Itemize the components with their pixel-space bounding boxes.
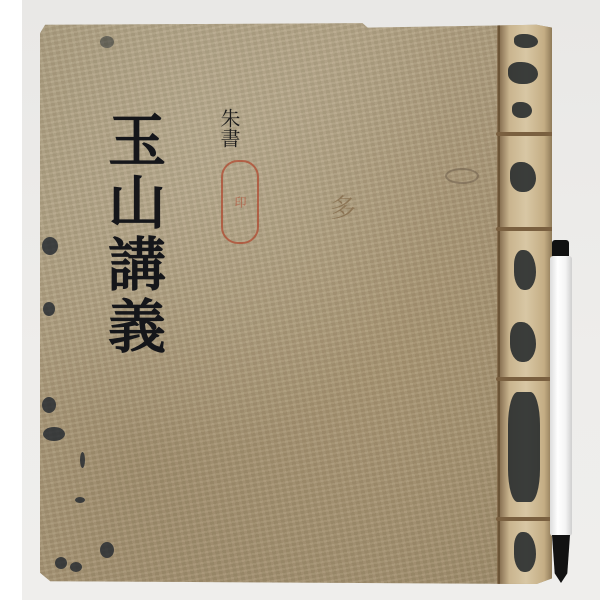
spine-ink: [510, 322, 536, 362]
spine-ink: [514, 532, 536, 572]
spine-ink: [508, 62, 538, 84]
edge-ink: [55, 557, 67, 569]
binding-thread: [496, 517, 554, 521]
edge-ink: [70, 562, 82, 572]
pen: [550, 240, 572, 585]
edge-ink: [43, 302, 55, 316]
binding-thread: [496, 227, 554, 231]
edge-ink: [100, 36, 114, 48]
spine-ink: [508, 392, 540, 502]
spine-ink: [512, 102, 532, 118]
spine-ink: [510, 162, 536, 192]
binding-thread: [496, 377, 554, 381]
edge-ink: [100, 542, 114, 558]
edge-ink: [42, 397, 56, 413]
signature: 朱書: [218, 108, 240, 148]
pen-barrel: [550, 256, 572, 536]
pen-tip: [552, 535, 570, 583]
edge-ink: [43, 427, 65, 441]
book-spine: [498, 22, 552, 584]
red-seal: 印: [221, 160, 259, 244]
edge-ink: [75, 497, 85, 503]
spine-ink: [514, 34, 538, 48]
faint-mark: 多: [330, 188, 356, 225]
background-left: [0, 0, 22, 600]
book-title: 玉山講義: [95, 110, 165, 358]
edge-ink: [42, 237, 58, 255]
faint-stain: [445, 168, 479, 184]
binding-thread: [496, 132, 554, 136]
edge-ink: [80, 452, 85, 468]
spine-ink: [514, 250, 536, 290]
